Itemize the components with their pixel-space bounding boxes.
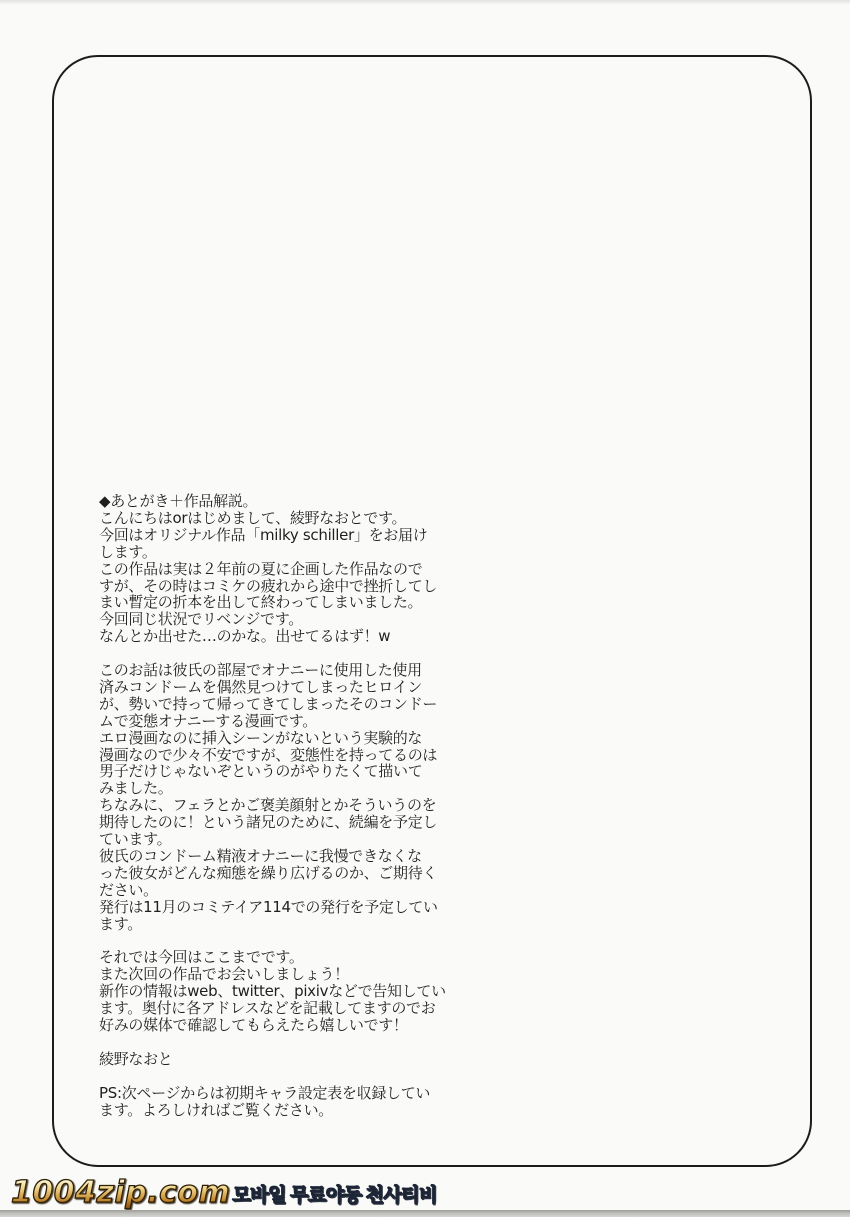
afterword-line: 漫画なので少々不安ですが、変態性を持ってるのは: [99, 747, 484, 764]
scan-edge-top: [0, 0, 850, 5]
afterword-line: 期待したのに！という諸兄のために、続編を予定し: [99, 814, 484, 831]
afterword-ps-line: PS:次ページからは初期キャラ設定表を収録してい: [99, 1085, 484, 1102]
afterword-line: った彼女がどんな痴態を繰り広げるのか、ご期待く: [99, 865, 484, 882]
scanned-doujinshi-page: ◆あとがき＋作品解説。 こんにちはorはじめまして、綾野なおとです。 今回はオリ…: [0, 0, 850, 1217]
afterword-line: 今回同じ状況でリベンジです。: [99, 611, 484, 628]
afterword-line: 新作の情報はweb、twitter、pixivなどで告知してい: [99, 983, 484, 1000]
afterword-blank-line: [99, 645, 484, 662]
afterword-line: 発行は11月のコミテイア114での発行を予定してい: [99, 899, 484, 916]
afterword-blank-line: [99, 1068, 484, 1085]
afterword-line: 今回はオリジナル作品「milky schiller」をお届け: [99, 527, 484, 544]
afterword-line: 男子だけじゃないぞというのがやりたくて描いて: [99, 763, 484, 780]
author-signature-line: 綾野なおと: [99, 1051, 484, 1068]
afterword-line: すが、その時はコミケの疲れから途中で挫折してし: [99, 578, 484, 595]
afterword-ps-line: ます。よろしければご覧ください。: [99, 1102, 484, 1119]
watermark-korean-text: 모바일 무료야동 천사티비: [232, 1186, 437, 1208]
watermark: 1004zip.com 모바일 무료야동 천사티비: [11, 1168, 437, 1208]
afterword-line: こんにちはorはじめまして、綾野なおとです。: [99, 510, 484, 527]
afterword-line: このお話は彼氏の部屋でオナニーに使用した使用: [99, 662, 484, 679]
afterword-line: ます。: [99, 916, 484, 933]
afterword-text-block: ◆あとがき＋作品解説。 こんにちはorはじめまして、綾野なおとです。 今回はオリ…: [99, 493, 484, 1118]
afterword-line: ます。奥付に各アドレスなどを記載してますのでお: [99, 1000, 484, 1017]
afterword-line: なんとか出せた…のかな。出せてるはず！w: [99, 628, 484, 645]
afterword-line: ています。: [99, 831, 484, 848]
afterword-line: 彼氏のコンドーム精液オナニーに我慢できなくな: [99, 848, 484, 865]
afterword-line: それでは今回はここまでです。: [99, 949, 484, 966]
afterword-blank-line: [99, 933, 484, 950]
afterword-line: エロ漫画なのに挿入シーンがないという実験的な: [99, 730, 484, 747]
afterword-line: ださい。: [99, 882, 484, 899]
afterword-line: ちなみに、フェラとかご褒美顔射とかそういうのを: [99, 797, 484, 814]
afterword-line: 好みの媒体で確認してもらえたら嬉しいです！: [99, 1017, 484, 1034]
afterword-line: 済みコンドームを偶然見つけてしまったヒロイン: [99, 679, 484, 696]
watermark-site-logo: 1004zip.com: [11, 1178, 230, 1208]
afterword-blank-line: [99, 1034, 484, 1051]
afterword-heading-line: ◆あとがき＋作品解説。: [99, 493, 484, 510]
scan-edge-bottom: [0, 1210, 850, 1217]
afterword-line: この作品は実は２年前の夏に企画した作品なので: [99, 561, 484, 578]
afterword-line: ムで変態オナニーする漫画です。: [99, 713, 484, 730]
afterword-line: します。: [99, 544, 484, 561]
afterword-line: また次回の作品でお会いしましょう！: [99, 966, 484, 983]
afterword-line: みました。: [99, 780, 484, 797]
afterword-line: が、勢いで持って帰ってきてしまったそのコンドー: [99, 696, 484, 713]
afterword-line: まい暫定の折本を出して終わってしまいました。: [99, 594, 484, 611]
